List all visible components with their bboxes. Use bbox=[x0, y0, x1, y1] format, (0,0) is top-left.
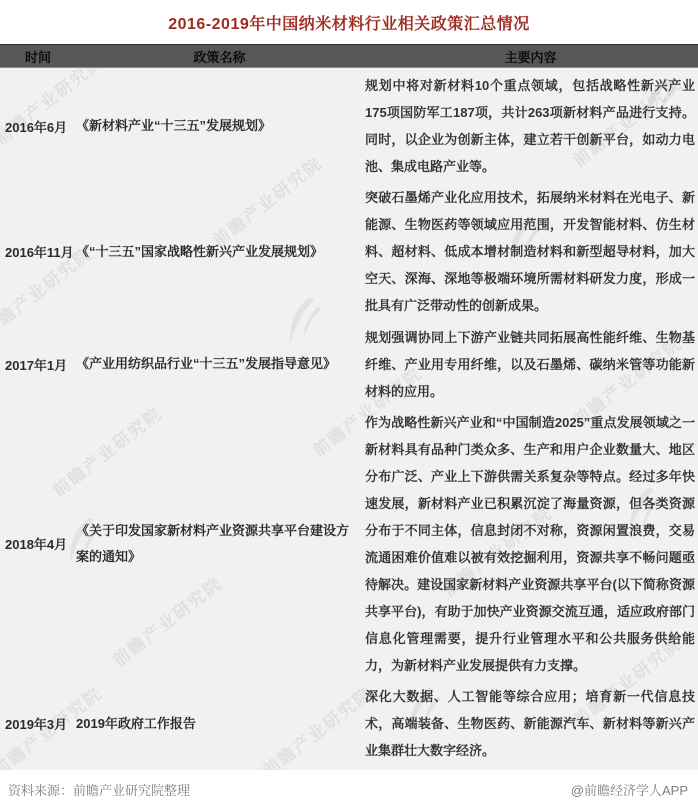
cell-main-content: 突破石墨烯产业化应用技术，拓展纳米材料在光电子、新能源、生物医药等领域应用范围，… bbox=[363, 182, 698, 321]
table-row: 2018年4月 《关于印发国家新材料产业资源共享平台建设方案的通知》 作为战略性… bbox=[0, 407, 698, 681]
column-header-time: 时间 bbox=[0, 47, 76, 66]
source-note: 资料来源：前瞻产业研究院整理 bbox=[8, 780, 190, 799]
cell-main-content: 深化大数据、人工智能等综合应用；培育新一代信息技术，高端装备、生物医药、新能源汽… bbox=[363, 681, 698, 766]
cell-main-content: 作为战略性新兴产业和“中国制造2025”重点发展领域之一新材料具有品种门类众多、… bbox=[363, 407, 698, 681]
cell-time: 2016年11月 bbox=[0, 182, 76, 321]
column-header-policy: 政策名称 bbox=[76, 47, 363, 66]
title-bar: 2016-2019年中国纳米材料行业相关政策汇总情况 bbox=[0, 0, 698, 44]
cell-time: 2018年4月 bbox=[0, 407, 76, 681]
cell-main-content: 规划中将对新材料10个重点领域，包括战略性新兴产业175项国防军工187项，共计… bbox=[363, 70, 698, 182]
cell-main-content: 规划强调协同上下游产业链共同拓展高性能纤维、生物基纤维、产业用专用纤维，以及石墨… bbox=[363, 322, 698, 407]
policy-summary-page: 2016-2019年中国纳米材料行业相关政策汇总情况 时间 政策名称 主要内容 … bbox=[0, 0, 698, 803]
table-row: 2016年11月 《“十三五”国家战略性新兴产业发展规划》 突破石墨烯产业化应用… bbox=[0, 182, 698, 321]
page-title: 2016-2019年中国纳米材料行业相关政策汇总情况 bbox=[168, 11, 530, 34]
cell-policy-name: 《“十三五”国家战略性新兴产业发展规划》 bbox=[76, 182, 363, 321]
column-header-content: 主要内容 bbox=[363, 47, 698, 66]
footer: 资料来源：前瞻产业研究院整理 @前瞻经济学人APP bbox=[0, 770, 698, 803]
table-row: 2016年6月 《新材料产业“十三五”发展规划》 规划中将对新材料10个重点领域… bbox=[0, 70, 698, 182]
cell-time: 2017年1月 bbox=[0, 322, 76, 407]
cell-policy-name: 《关于印发国家新材料产业资源共享平台建设方案的通知》 bbox=[76, 407, 363, 681]
cell-time: 2016年6月 bbox=[0, 70, 76, 182]
cell-policy-name: 《产业用纺织品行业“十三五”发展指导意见》 bbox=[76, 322, 363, 407]
table-row: 2017年1月 《产业用纺织品行业“十三五”发展指导意见》 规划强调协同上下游产… bbox=[0, 322, 698, 407]
credit-note: @前瞻经济学人APP bbox=[571, 780, 688, 799]
cell-time: 2019年3月 bbox=[0, 681, 76, 766]
cell-policy-name: 2019年政府工作报告 bbox=[76, 681, 363, 766]
table-row: 2019年3月 2019年政府工作报告 深化大数据、人工智能等综合应用；培育新一… bbox=[0, 681, 698, 766]
cell-policy-name: 《新材料产业“十三五”发展规划》 bbox=[76, 70, 363, 182]
table-header-row: 时间 政策名称 主要内容 bbox=[0, 44, 698, 68]
table-body: 前瞻产业研究院 前瞻产业研究院 前瞻产业研究院 前瞻产业研究院 前瞻产业研究院 … bbox=[0, 68, 698, 770]
